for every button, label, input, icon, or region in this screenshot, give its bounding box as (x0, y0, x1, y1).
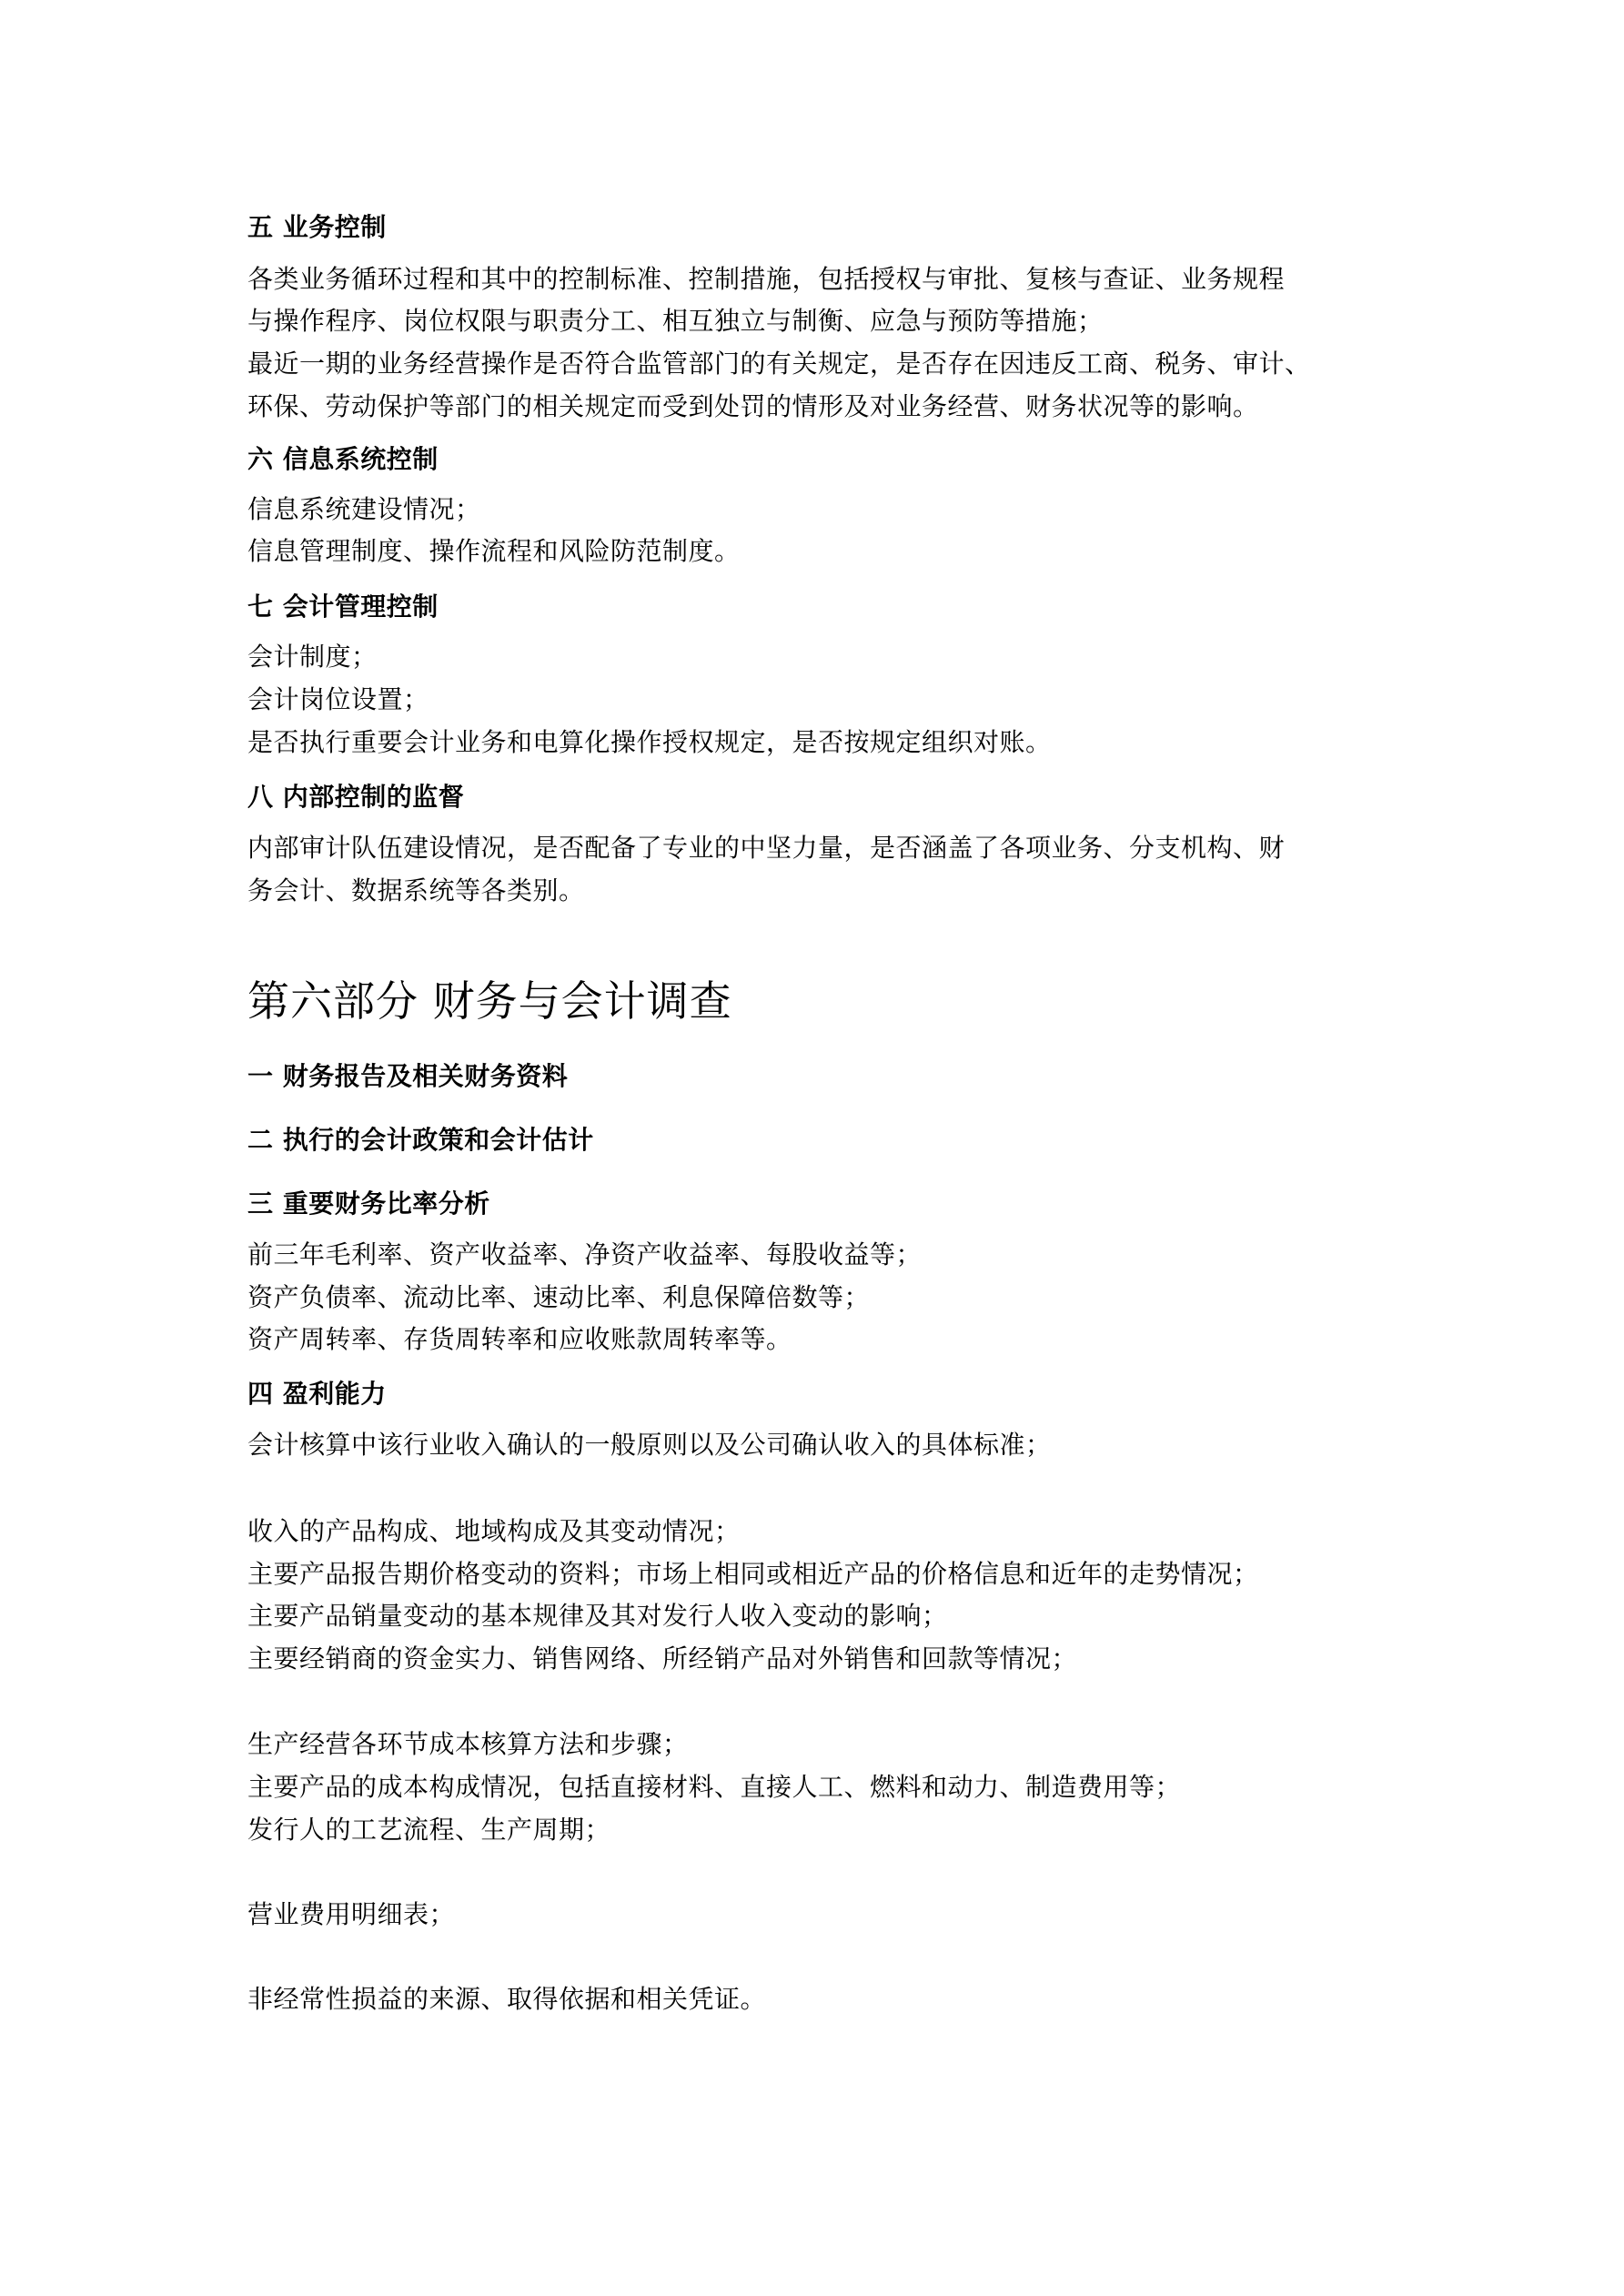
paragraph-line: 发行人的工艺流程、生产周期； (247, 1815, 610, 1846)
paragraph-line: 营业费用明细表； (247, 1899, 455, 1930)
section-heading: 七 会计管理控制 (247, 592, 439, 622)
paragraph-line: 最近一期的业务经营操作是否符合监管部门的有关规定，是否存在因违反工商、税务、审计… (247, 349, 1311, 379)
section-heading: 四 盈利能力 (247, 1379, 387, 1410)
paragraph-line: 主要产品销量变动的基本规律及其对发行人收入变动的影响； (247, 1601, 948, 1632)
paragraph-line: 主要产品的成本构成情况，包括直接材料、直接人工、燃料和动力、制造费用等； (247, 1772, 1181, 1803)
section-heading: 一 财务报告及相关财务资料 (247, 1061, 568, 1092)
paragraph-line: 信息系统建设情况； (247, 494, 481, 525)
paragraph-line: 收入的产品构成、地域构成及其变动情况； (247, 1516, 741, 1547)
paragraph-line: 内部审计队伍建设情况，是否配备了专业的中坚力量，是否涵盖了各项业务、分支机构、财 (247, 833, 1285, 864)
document-page: 五 业务控制 各类业务循环过程和其中的控制标准、控制措施，包括授权与审批、复核与… (0, 0, 1624, 2296)
paragraph-line: 资产负债率、流动比率、速动比率、利息保障倍数等； (247, 1282, 870, 1313)
paragraph-line: 务会计、数据系统等各类别。 (247, 875, 585, 906)
paragraph-line: 前三年毛利率、资产收益率、净资产收益率、每股收益等； (247, 1239, 922, 1270)
paragraph-line: 与操作程序、岗位权限与职责分工、相互独立与制衡、应急与预防等措施； (247, 306, 1104, 337)
paragraph-line: 各类业务循环过程和其中的控制标准、控制措施，包括授权与审批、复核与查证、业务规程 (247, 264, 1285, 295)
paragraph-line: 信息管理制度、操作流程和风险防范制度。 (247, 536, 741, 567)
section-heading: 八 内部控制的监督 (247, 782, 464, 813)
section-heading: 五 业务控制 (247, 212, 387, 243)
paragraph-line: 非经常性损益的来源、取得依据和相关凭证。 (247, 1984, 766, 2015)
paragraph-line: 主要产品报告期价格变动的资料；市场上相同或相近产品的价格信息和近年的走势情况； (247, 1559, 1259, 1590)
section-heading: 三 重要财务比率分析 (247, 1188, 490, 1219)
paragraph-line: 会计制度； (247, 642, 378, 673)
paragraph-line: 主要经销商的资金实力、销售网络、所经销产品对外销售和回款等情况； (247, 1644, 1077, 1674)
part-title: 第六部分 财务与会计调查 (247, 976, 732, 1027)
paragraph-line: 资产周转率、存货周转率和应收账款周转率等。 (247, 1324, 792, 1355)
paragraph-line: 生产经营各环节成本核算方法和步骤； (247, 1729, 689, 1760)
paragraph-line: 会计岗位设置； (247, 684, 429, 715)
paragraph-line: 环保、劳动保护等部门的相关规定而受到处罚的情形及对业务经营、财务状况等的影响。 (247, 391, 1259, 422)
paragraph-line: 会计核算中该行业收入确认的一般原则以及公司确认收入的具体标准； (247, 1430, 1052, 1461)
paragraph-line: 是否执行重要会计业务和电算化操作授权规定，是否按规定组织对账。 (247, 727, 1052, 758)
section-heading: 六 信息系统控制 (247, 444, 439, 475)
section-heading: 二 执行的会计政策和会计估计 (247, 1125, 594, 1156)
